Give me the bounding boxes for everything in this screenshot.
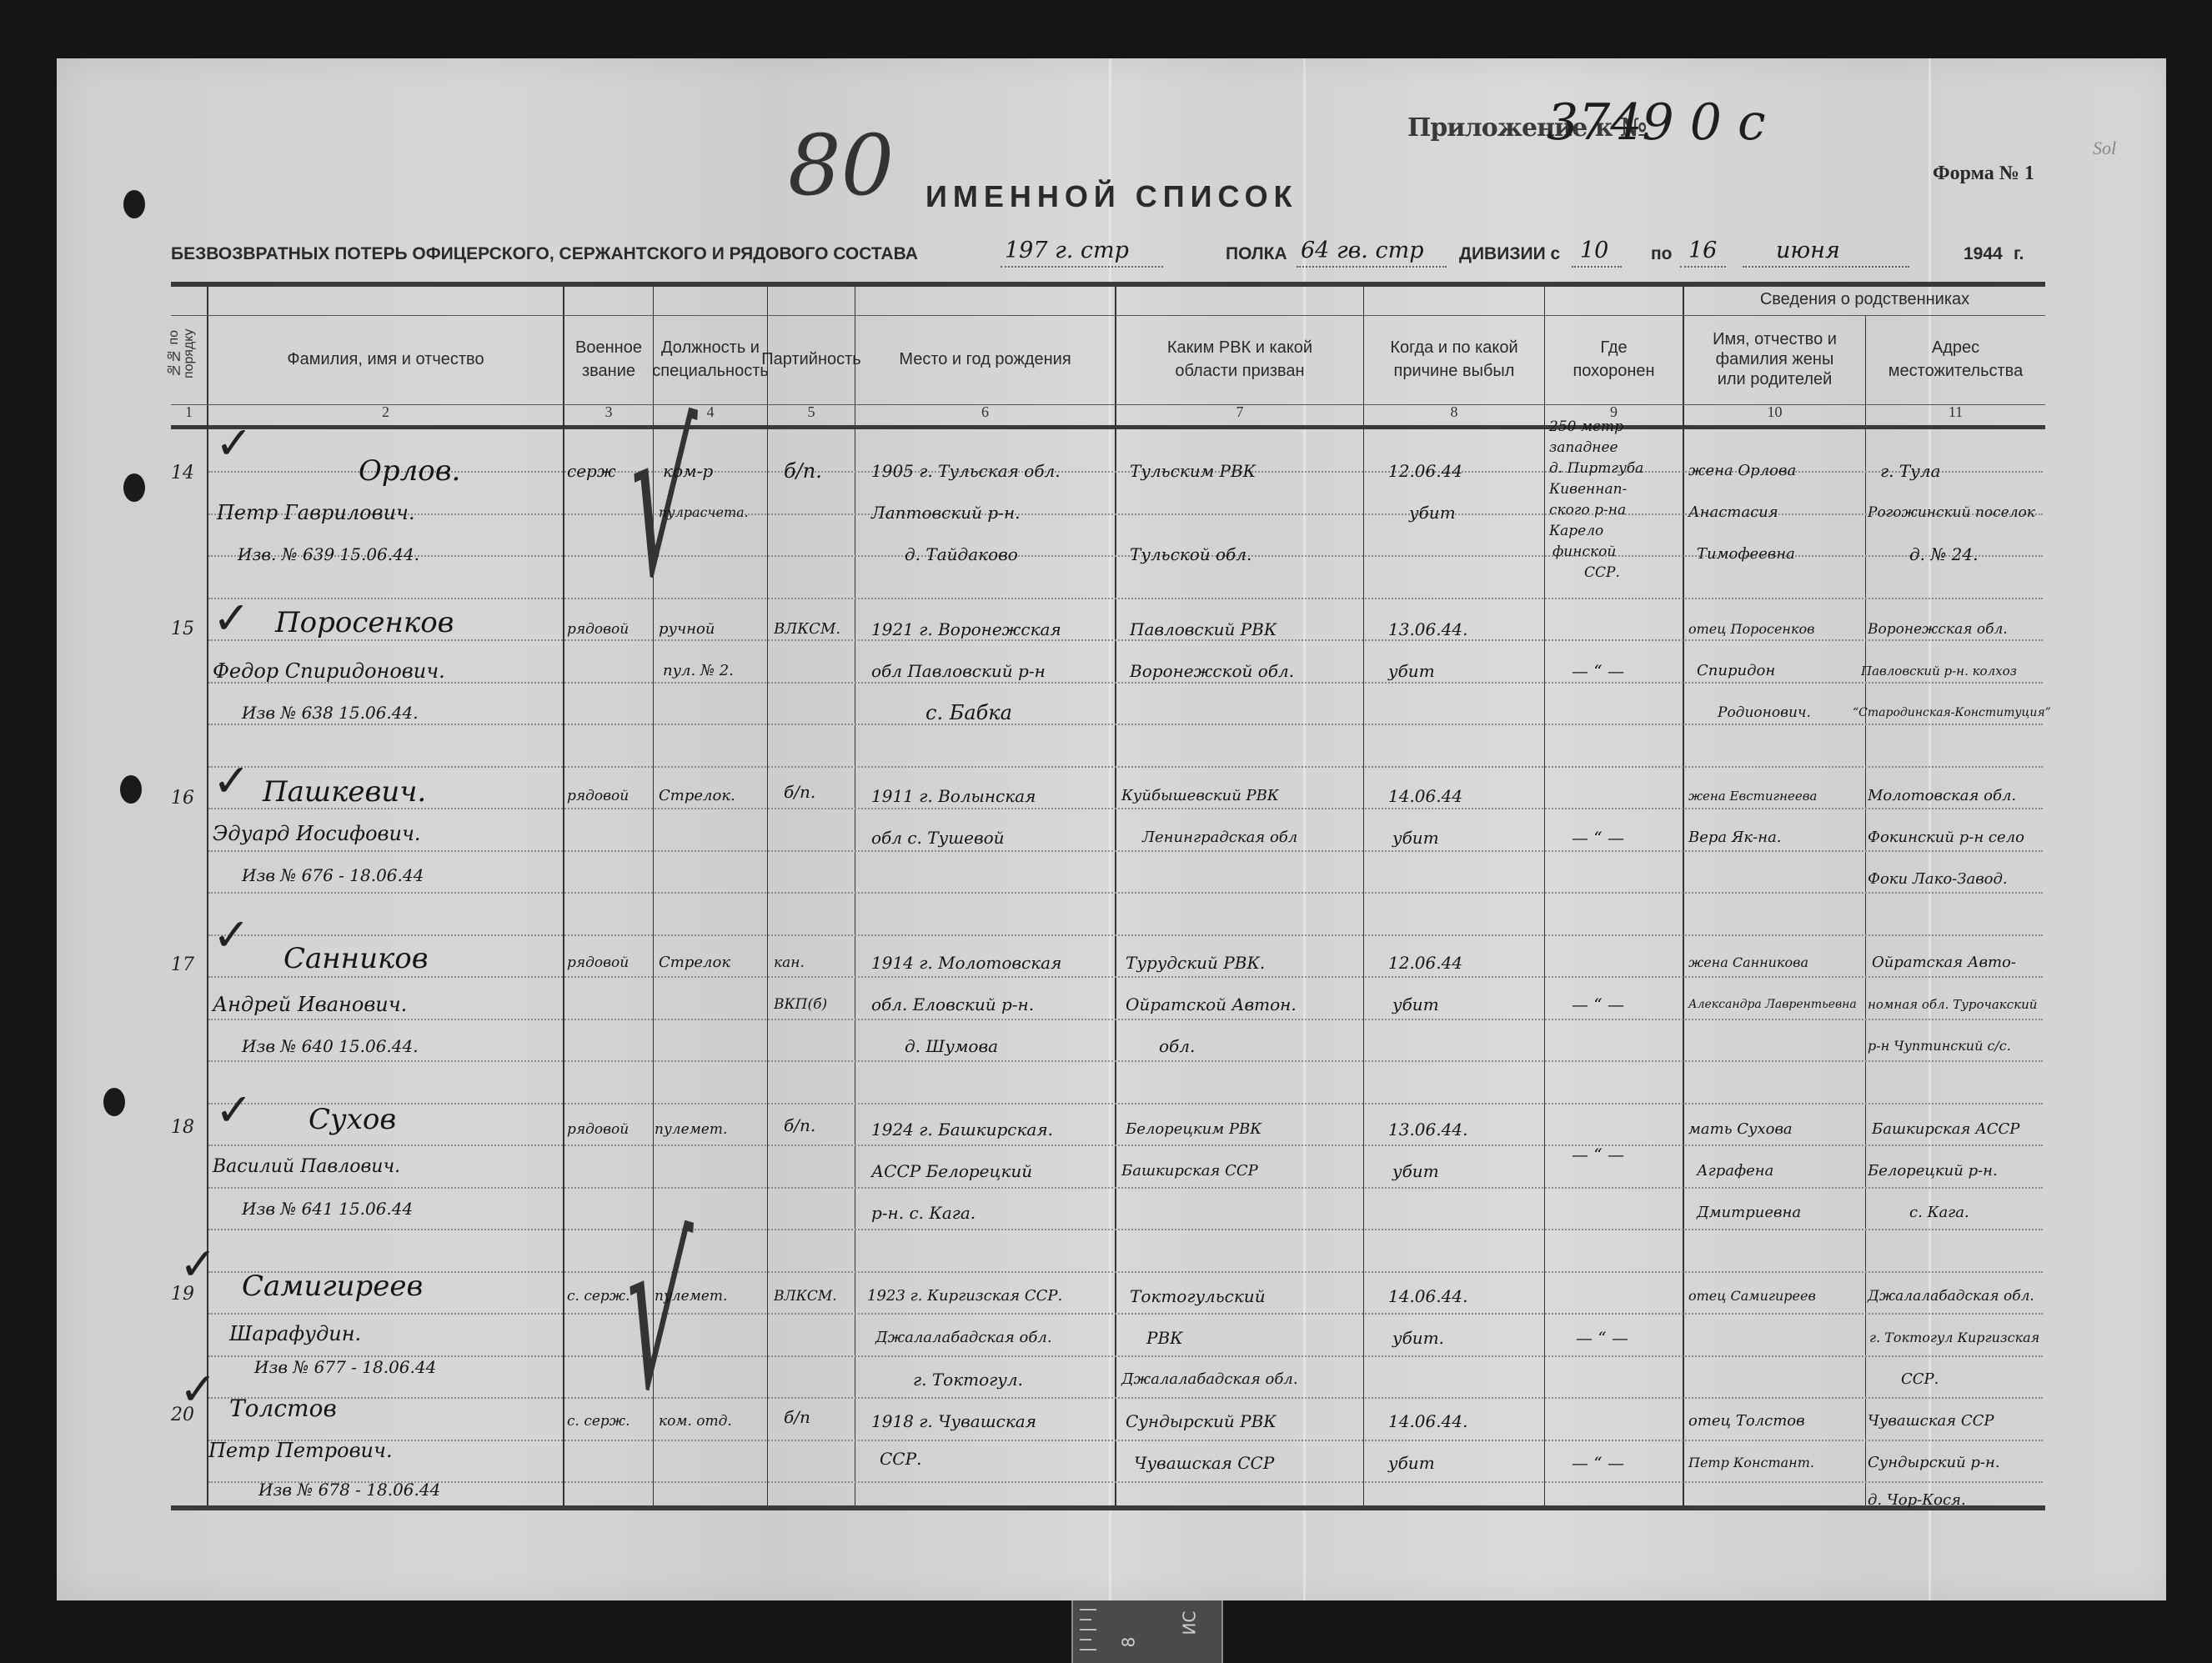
form-number: Форма № 1 [1933,163,2034,185]
column-header-9: Где похоронен [1545,315,1683,403]
rvk: Тульским РВК [1130,450,1256,492]
address: д. Чор-Кося. [1868,1480,1966,1521]
position: пул. № 2. [663,650,734,692]
address: “Стародинская-Конституция” [1853,692,2051,734]
address: Чувашская ССР [1868,1400,1994,1442]
relative-name: отец Толстов [1688,1400,1805,1442]
address: Башкирская АССР [1872,1109,2019,1150]
position: пулрасчета. [659,492,749,533]
relative-name: мать Сухова [1688,1109,1793,1150]
relative-name: жена Санникова [1688,942,1808,984]
address: Рогожинский поселок [1868,492,2035,533]
rvk: Ленинградская обл [1142,817,1297,859]
given-name: Эдуард Иосифович. [213,813,421,854]
surname: Поросенков [275,602,454,644]
rvk: Ойратской Автон. [1126,984,1297,1025]
position: ручной [659,609,715,650]
address: Молотовская обл. [1868,775,2016,817]
notice-number: Изв № 638 15.06.44. [242,692,419,734]
relative-name: Родионович. [1718,692,1811,734]
birthplace: 1924 г. Башкирская. [871,1109,1053,1150]
period-to-day: 16 [1688,238,1717,263]
burial-place: Карело [1549,521,1603,542]
burial-place: — “ — [1572,1442,1624,1484]
party: б/п. [784,771,815,813]
row-number: 20 [171,1405,194,1425]
address: г. Токтогул Киргизская [1869,1317,2039,1359]
column-number: 10 [1684,403,1865,421]
burial-place: западнее [1549,438,1618,458]
birthplace: 1921 г. Воронежская [871,609,1061,650]
archive-mark: 80 [788,117,894,214]
notice-number: Изв. № 639 15.06.44. [238,533,419,575]
row-number: 15 [171,619,194,639]
burial-place: финской [1552,542,1616,563]
burial-place: — “ — [1572,1134,1624,1175]
date-out: 14.06.44. [1388,1275,1467,1317]
rvk: обл. [1159,1025,1195,1067]
address: Белорецкий р-н. [1868,1150,1998,1192]
birthplace: обл Павловский р-н [871,650,1046,692]
relative-name: жена Орлова [1688,450,1796,492]
address: с. Кага. [1909,1192,1969,1234]
birthplace: д. Тайдаково [905,533,1018,575]
birthplace: 1911 г. Волынская [871,775,1036,817]
date-out: 14.06.44 [1388,775,1462,817]
position: ком-р [663,450,713,492]
rank: с. серж. [567,1400,630,1442]
reason-out: убит [1392,984,1439,1025]
address: ССР. [1901,1359,1939,1400]
scale-ruler: 8 ИС [1071,1600,1223,1663]
given-name: Петр Гаврилович. [217,492,415,533]
given-name: Андрей Иванович. [213,984,407,1025]
date-out: 14.06.44. [1388,1400,1467,1442]
address: Фокинский р-н село [1868,817,2024,859]
division-label: ДИВИЗИИ с [1459,244,1560,264]
ruler-mark: 8 [1118,1637,1138,1648]
rvk: Тульской обл. [1130,533,1251,575]
row-number: 18 [171,1117,194,1138]
column-header-11: Адрес местожительства [1866,315,2045,403]
column-number: 6 [855,403,1115,421]
burial-place: — “ — [1572,984,1624,1025]
paper-fold [1303,58,1306,1600]
reason-out: убит [1388,650,1435,692]
column-number: 1 [171,403,207,421]
burial-place: ского р-на [1549,500,1626,521]
relatives-group-header: Сведения о родственниках [1684,283,2045,315]
birthplace: р-н. с. Кага. [871,1192,976,1234]
reason-out: убит [1392,1150,1439,1192]
relative-name: Анастасия [1688,492,1778,533]
address: Ойратская Авто- [1872,942,2016,984]
rank: рядовой [567,775,629,817]
column-header-5: Партийность [768,315,855,403]
document-subtitle: БЕЗВОЗВРАТНЫХ ПОТЕРЬ ОФИЦЕРСКОГО, СЕРЖАН… [171,238,2047,271]
column-header-8: Когда и по какой причине выбыл [1364,315,1544,403]
column-header-7: Каким РВК и какой области призван [1116,315,1363,403]
rvk: Токтогульский [1130,1275,1266,1317]
surname: Пашкевич. [263,771,426,813]
subtitle-prefix: БЕЗВОЗВРАТНЫХ ПОТЕРЬ ОФИЦЕРСКОГО, СЕРЖАН… [171,244,918,264]
birthplace: д. Шумова [905,1025,998,1067]
column-header-10: Имя, отчество и фамилия жены или родител… [1684,315,1865,403]
birthplace: с. Бабка [925,692,1012,734]
rank: рядовой [567,1109,629,1150]
birthplace: Джалалабадская обл. [875,1317,1052,1359]
period-from-day: 10 [1580,238,1608,263]
surname: Толстов [229,1392,337,1425]
column-number: 11 [1866,403,2045,421]
column-header-6: Место и год рождения [855,315,1115,403]
party: кан. ВКП(б) [774,942,853,1025]
birthplace: АССР Белорецкий [871,1150,1032,1192]
rvk: Чувашская ССР [1134,1442,1274,1484]
birthplace: Лаптовский р-н. [871,492,1021,533]
rvk: РВК [1146,1317,1183,1359]
address: Воронежская обл. [1868,609,2008,650]
rank: с. серж. [567,1275,630,1317]
position: Стрелок. [659,775,735,817]
document-title: ИМЕННОЙ СПИСОК [925,179,1298,214]
burial-place: д. Пиртгуба [1549,458,1643,479]
party: б/п [784,1396,810,1438]
surname: Орлов. [359,450,460,492]
address: р-н Чуптинский с/с. [1868,1025,2011,1067]
rank: серж [567,450,616,492]
notice-number: Изв № 677 - 18.06.44 [254,1346,436,1388]
row-number: 19 [171,1284,194,1305]
rvk: Куйбышевский РВК [1121,775,1279,817]
reason-out: убит [1388,1442,1435,1484]
ruler-mark: ИС [1179,1611,1199,1635]
burial-place: — “ — [1572,817,1624,859]
party: б/п. [784,450,822,492]
position: пулемет. [655,1275,727,1317]
birthplace: 1905 г. Тульская обл. [871,450,1061,492]
rvk: Воронежской обл. [1130,650,1294,692]
relative-name: Тимофеевна [1697,533,1795,575]
birthplace: обл с. Тушевой [871,817,1005,859]
burial-place: — “ — [1572,650,1624,692]
address: Фоки Лако-Завод. [1868,859,2008,900]
reason-out: убит [1409,492,1456,533]
check-mark-icon: ✓ [213,909,250,961]
punch-hole [123,190,145,218]
relative-name: отец Самигиреев [1688,1275,1816,1317]
rvk: Белорецким РВК [1126,1109,1261,1150]
birthplace: 1918 г. Чувашская [871,1400,1036,1442]
punch-hole [123,473,145,502]
surname: Санников [283,938,429,979]
period-year: 1944 [1964,244,2003,264]
column-number: 8 [1364,403,1544,421]
column-number: 7 [1116,403,1363,421]
birthplace: 1923 г. Киргизская ССР. [867,1275,1062,1317]
period-month: июня [1776,238,1840,263]
punch-hole [120,775,142,804]
period-year-suffix: г. [2014,244,2024,264]
period-to-label: по [1651,244,1673,264]
check-mark-icon: ✓ [179,1238,217,1290]
rvk: Сундырский РВК [1126,1400,1277,1442]
rvk: Джалалабадская обл. [1121,1359,1298,1400]
date-out: 12.06.44 [1388,450,1462,492]
burial-place: Кивеннап- [1549,479,1627,500]
surname: Самигиреев [242,1265,423,1307]
division-value: 64 гв. стр [1301,238,1423,263]
column-header-1: №№ по порядку [167,308,207,398]
date-out: 13.06.44. [1388,1109,1467,1150]
row-number: 14 [171,463,194,483]
relative-name: Петр Констант. [1688,1442,1814,1484]
column-header-2: Фамилия, имя и отчество [208,315,563,403]
given-name: Федор Спиридонович. [213,650,445,692]
party: ВЛКСМ. [774,1275,837,1317]
reason-out: убит [1392,817,1439,859]
given-name: Петр Петрович. [208,1430,393,1471]
row-number: 16 [171,788,194,809]
position: Стрелок [659,942,730,984]
punch-hole [103,1088,125,1116]
relative-name: жена Евстигнеева [1688,775,1817,817]
relative-name: Александра Лаврентьевна [1688,984,1857,1025]
check-mark-icon: ✓ [215,1084,253,1136]
rank: рядовой [567,609,629,650]
regiment-value: 197 г. стр [1005,238,1129,263]
birthplace: 1914 г. Молотовская [871,942,1061,984]
birthplace: обл. Еловский р-н. [871,984,1034,1025]
notice-number: Изв № 678 - 18.06.44 [258,1469,440,1510]
appendix-number: 3749 0 с [1547,93,1766,152]
relative-name: отец Поросенков [1688,609,1814,650]
position: ком. отд. [659,1400,732,1442]
column-number: 5 [768,403,855,421]
address: Павловский р-н. колхоз [1861,650,2017,692]
party: ВЛКСМ. [774,609,840,650]
check-mark-icon: ✓ [213,754,250,807]
paper-fold [1109,58,1111,1600]
date-out: 13.06.44. [1388,609,1467,650]
reason-out: убит. [1392,1317,1444,1359]
position: пулемет. [655,1109,727,1150]
regiment-label: ПОЛКА [1226,244,1287,264]
burial-place: ССР. [1584,563,1620,584]
burial-place: — “ — [1576,1317,1628,1359]
rank: рядовой [567,942,629,984]
address: Сундырский р-н. [1868,1442,2000,1484]
address: д. № 24. [1909,533,1978,575]
address: Джалалабадская обл. [1868,1275,2034,1317]
address: номная обл. Турочакский [1868,984,2037,1025]
rvk: Башкирская ССР [1121,1150,1258,1192]
notice-number: Изв № 641 15.06.44 [242,1188,413,1230]
party: б/п. [784,1104,815,1146]
burial-place: 250 метр [1549,417,1623,438]
table-bottom-border [171,1505,2045,1510]
address: г. Тула [1880,450,1940,492]
birthplace: г. Токтогул. [913,1359,1023,1400]
notice-number: Изв № 676 - 18.06.44 [242,854,424,896]
rvk: Павловский РВК [1130,609,1277,650]
given-name: Василий Павлович. [213,1146,400,1188]
corner-pencil-mark: Sol [2093,138,2116,159]
check-mark-icon: ✓ [215,417,253,469]
relative-name: Дмитриевна [1697,1192,1801,1234]
date-out: 12.06.44 [1388,942,1462,984]
check-mark-icon: ✓ [213,592,250,644]
table-header-border [171,425,2045,429]
notice-number: Изв № 640 15.06.44. [242,1025,419,1067]
relative-name: Спиридон [1697,650,1775,692]
row-number: 17 [171,954,194,975]
relative-name: Вера Як-на. [1688,817,1782,859]
birthplace: ССР. [880,1438,921,1480]
column-number: 2 [208,403,563,421]
relative-name: Аграфена [1697,1150,1773,1192]
rvk: Турудский РВК. [1126,942,1265,984]
surname: Сухов [308,1099,396,1140]
